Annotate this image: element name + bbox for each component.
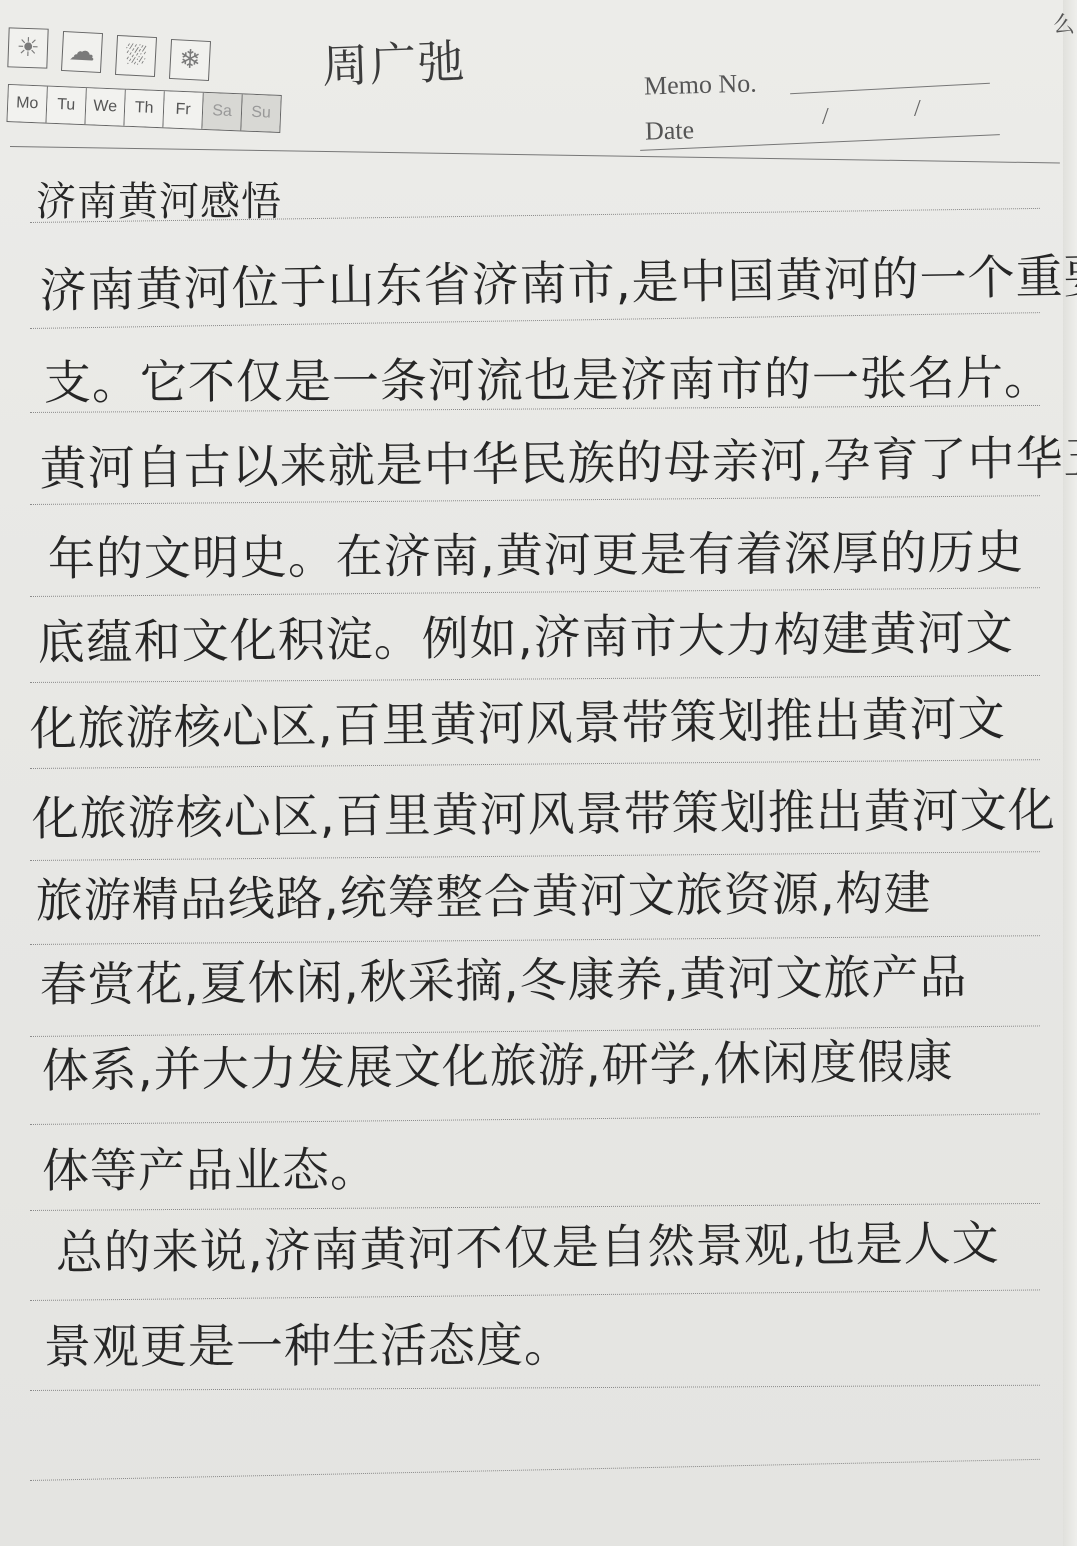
handwritten-line-10: 体系,并大力发展文化旅游,研学,休闲度假康 <box>42 1038 954 1095</box>
cloudy-icon: ☁ <box>61 31 103 73</box>
author-signature: 周广弛 <box>321 26 467 97</box>
memo-page: 么 ☀ ☁ ⛆ ❄ Mo Tu We Th Fr Sa Su 周广弛 Memo … <box>0 0 1077 1546</box>
ruled-line <box>30 1385 1040 1391</box>
handwritten-line-9: 春赏花,夏休闲,秋采摘,冬康养,黄河文旅产品 <box>40 954 968 1009</box>
day-th: Th <box>124 90 164 128</box>
ruled-line <box>30 1459 1040 1481</box>
ruled-line <box>30 587 1040 597</box>
handwritten-line-1: 济南黄河位于山东省济南市,是中国黄河的一个重要分 <box>39 252 1077 315</box>
handwritten-line-7: 化旅游核心区,百里黄河风景带策划推出黄河文化 <box>32 787 1056 843</box>
ruled-line <box>30 1289 1040 1301</box>
ruled-line <box>30 935 1040 945</box>
handwritten-line-5: 底蕴和文化积淀。例如,济南市大力构建黄河文 <box>38 610 1014 667</box>
day-sa: Sa <box>202 93 242 131</box>
handwritten-line-8: 旅游精品线路,统筹整合黄河文旅资源,构建 <box>36 870 932 925</box>
day-tu: Tu <box>46 87 86 125</box>
adjacent-page-edge: 么 <box>1063 0 1077 1546</box>
ruled-line <box>30 759 1040 769</box>
handwritten-line-12: 总的来说,济南黄河不仅是自然景观,也是人文 <box>56 1220 1000 1277</box>
ruled-line <box>30 675 1040 683</box>
adjacent-page-mark: 么 <box>1053 8 1075 39</box>
day-su: Su <box>241 94 280 131</box>
weather-icon-row: ☀ ☁ ⛆ ❄ <box>8 28 210 80</box>
memo-title: 济南黄河感悟 <box>36 182 282 222</box>
rainy-icon: ⛆ <box>115 35 157 77</box>
day-we: We <box>85 88 125 126</box>
date-separator: / <box>822 104 829 131</box>
handwritten-line-13: 景观更是一种生活态度。 <box>44 1322 572 1371</box>
sunny-icon: ☀ <box>7 27 48 68</box>
date-separator: / <box>914 96 921 123</box>
handwritten-line-11: 体等产品业态。 <box>42 1147 378 1195</box>
memo-no-label: Memo No. <box>644 69 757 102</box>
weekday-selector: Mo Tu We Th Fr Sa Su <box>6 84 281 133</box>
handwritten-line-2: 支。它不仅是一条河流也是济南市的一张名片。 <box>44 355 1052 407</box>
handwritten-line-6: 化旅游核心区,百里黄河风景带策划推出黄河文 <box>30 696 1006 753</box>
ruled-line <box>30 1113 1040 1125</box>
ruled-line <box>30 1203 1040 1211</box>
memo-no-field-line <box>790 83 990 94</box>
handwritten-line-4: 年的文明史。在济南,黄河更是有着深厚的历史 <box>48 529 1024 583</box>
date-label: Date <box>645 115 695 146</box>
day-fr: Fr <box>163 91 203 129</box>
ruled-line <box>30 495 1040 505</box>
handwritten-line-3: 黄河自古以来就是中华民族的母亲河,孕育了中华五千 <box>40 434 1077 493</box>
snowy-icon: ❄ <box>169 39 211 81</box>
ruled-line <box>30 851 1040 861</box>
header-divider <box>10 146 1060 163</box>
day-mo: Mo <box>8 85 48 123</box>
